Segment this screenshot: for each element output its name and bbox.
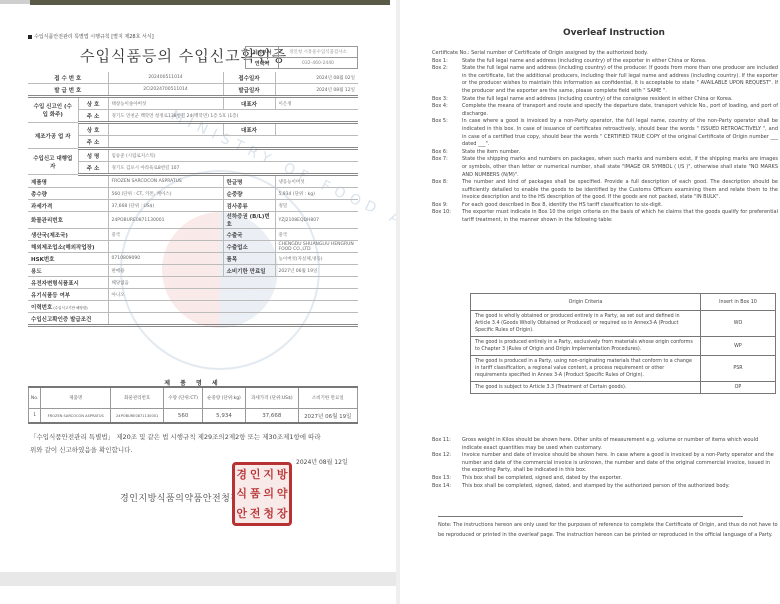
detail-label: 순중량 [223,188,275,200]
instruction-text: Invoice number and date of invoice shoul… [462,452,778,475]
detail-row: 유기식품등 여부아니오 [28,289,358,301]
origin-criteria-text: The good is produced in a Party, using n… [471,356,701,382]
detail-value: 560 (단위 : CT, 카톤, 케이스) [108,188,223,200]
instruction-text: Complete the means of transport and rout… [462,103,778,118]
form-reference: 수입식품안전관리 특별법 시행규칙 [별지 제28호 서식] [28,33,154,40]
detail-row: 해외제조업소(해외작업장)수출업소CHENGDU SHUANGLIU HENGR… [28,241,358,253]
items-table: No.제품명화물관리번호수량 (단위:CT)순중량 (단위:kg)과세가격 (단… [28,386,358,424]
instruction-box-label: Box 5: [432,118,462,148]
instruction-item: Box 4:Complete the means of transport an… [432,103,778,118]
detail-label: 제품명 [28,175,108,188]
seal-character: 식 [236,488,247,499]
instruction-item: Box 12:Invoice number and date of invoic… [432,452,778,475]
instruction-item: Box 10:The exporter must indicate in Box… [432,209,778,224]
seal-character: 품 [250,488,261,499]
instruction-box-label: Box 9: [432,202,462,210]
instruction-item: Box 9:For each good described in Box 8, … [432,202,778,210]
items-header: 수량 (단위:CT) [164,387,203,409]
detail-row: 이력번호 (수입식고기만 해당함) [28,301,358,313]
items-header: 소비기한 만료일 [298,387,357,409]
seal-character: 장 [277,508,288,519]
separator-line [438,516,743,517]
item-cell: 5,934 [202,409,245,424]
instruction-item: Box 7:State the shipping marks and numbe… [432,156,778,179]
detail-value: 37,668 (단위 : US$) [108,200,223,212]
instruction-item: Box 2:State the full legal name and addr… [432,65,778,95]
detail-label: 한글명 [223,175,275,188]
detail-value: 냉동능이버섯 [275,175,358,188]
seal-character: 의 [263,488,274,499]
item-cell: FROZEN SARCOCON ASPRATUS [41,409,111,424]
issuer-name: 경인지방식품의약품안전청장 [120,491,240,504]
issue-row: 발 급 번 호 2CI2024700511014 발급일자 2024년 08월 … [28,84,358,97]
instruction-text: This box shall be completed, signed, dat… [462,483,778,491]
items-header: 화물관리번호 [111,387,164,409]
items-header: 순중량 (단위:kg) [202,387,245,409]
detail-value: 아니오 [108,289,358,301]
detail-row: 과세가격37,668 (단위 : US$)검사종류정밀 [28,200,358,212]
instruction-item: Box 14:This box shall be completed, sign… [432,483,778,491]
instruction-item: Box 11:Gross weight in Kilos should be s… [432,437,778,452]
importer-address-row: 주 소 경기도 연천군 백학면 청정로138번길 24(백학면) 1층 5호 (… [28,110,358,123]
item-cell: 37,668 [246,409,298,424]
processing-dept-table: 처리부서경인청 시흥물수입식품검사소 연락처032-460-2440 [245,46,358,69]
instruction-item: Box 6:State the item number. [432,149,778,157]
agent-name-row: 수입신고 대행업자 성 명 임승준 (시립로지스틱) [28,149,358,162]
detail-label: 소비기한 만료일 [223,265,275,277]
instruction-item: Box 1:State the full legal name and addr… [432,58,778,66]
detail-row: 유전자변형식품표시해당없음 [28,277,358,289]
origin-criteria-code: OP [701,382,776,394]
instruction-text: The exporter must indicate in Box 10 the… [462,209,778,224]
detail-label: 수입신고확인증 발급조건 [28,313,108,326]
origin-criteria-row: The good is subject to Article 3.3 (Trea… [471,382,776,394]
detail-value: 5,934 (단위 : kg) [275,188,358,200]
instruction-item: Box 3:State the full legal name and addr… [432,96,778,104]
instruction-text: State the item number. [462,149,778,157]
detail-value: 24POBURE0871130001 [108,212,223,229]
detail-value: 정밀 [275,200,358,212]
seal-character: 지 [263,469,274,480]
detail-label: 수출업소 [223,241,275,253]
detail-row: 생산국(제조국)중국수출국중국 [28,229,358,241]
detail-sublabel: (수입식고기만 해당함) [52,306,87,310]
detail-label: 유전자변형식품표시 [28,277,108,289]
detail-label: 화물관리번호 [28,212,108,229]
square-bullet-icon [28,35,32,39]
manufacturer-address-row: 주 소 [28,136,358,149]
seal-character: 경 [236,469,247,480]
importer-name-row: 수입 신고인 (수입 화주) 상 호 태창농이솔아버섯 대표자 이은정 [28,97,358,110]
instruction-box-label: Box 8: [432,179,462,202]
detail-row: 총수량560 (단위 : CT, 카톤, 케이스)순중량5,934 (단위 : … [28,188,358,200]
instructions-list: Certificate No.: Serial number of Certif… [432,50,778,225]
instruction-item: Box 5:In case where a good is invoiced b… [432,118,778,148]
origin-criteria-text: The good is wholly obtained or produced … [471,311,701,337]
seal-character: 청 [263,508,274,519]
instruction-text: State the full legal name and address (i… [462,58,778,66]
instruction-box-label: Box 14: [432,483,462,491]
detail-label: 해외제조업소(해외작업장) [28,241,108,253]
detail-row: 제품명FROZEN SARCOCON ASPRATUS한글명냉동능이버섯 [28,175,358,188]
origin-criteria-text: The good is subject to Article 3.3 (Trea… [471,382,701,394]
detail-label: 선하증권 (B/L)번호 [223,212,275,229]
instruction-box-label: Box 12: [432,452,462,475]
instruction-text: In case where a good is invoiced by a no… [462,118,778,148]
instruction-item: Box 8:The number and kind of packages sh… [432,179,778,202]
origin-criteria-row: The good is wholly obtained or produced … [471,311,776,337]
instruction-box-label: Box 10: [432,209,462,224]
seal-character: 안 [236,508,247,519]
detail-row: 수입신고확인증 발급조건 [28,313,358,326]
item-cell: 1 [29,409,41,424]
legal-basis-text: 「수입식품안전관리 특별법」 제20조 및 같은 법 시행규칙 제29조의2제2… [30,431,350,457]
origin-criteria-code: PSR [701,356,776,382]
detail-value: 중국 [275,229,358,241]
confirmation-date: 2024년 08월 12일 [296,457,348,466]
detail-label: 수출국 [223,229,275,241]
detail-label: 용도 [28,265,108,277]
seal-character: 전 [250,508,261,519]
agent-address-row: 주 소 경기도 김포시 아라육로8번길 107 [28,162,358,175]
instructions-list-continued: Box 11:Gross weight in Kilos should be s… [432,437,778,490]
detail-row: 용도판매용소비기한 만료일2027년 06월 19일 [28,265,358,277]
instruction-box-label: Box 11: [432,437,462,452]
instruction-box-label: Box 7: [432,156,462,179]
receipt-row: 접 수 번 호 202400511014 접수일자 2024년 08월 02일 [28,72,358,84]
detail-label: 총수량 [28,188,108,200]
instruction-box-label: Box 1: [432,58,462,66]
background-strip [0,0,30,4]
instruction-text: The number and kind of packages shall be… [462,179,778,202]
declaration-table: 접 수 번 호 202400511014 접수일자 2024년 08월 02일 … [28,72,358,327]
instruction-text: This box shall be completed, signed and,… [462,475,778,483]
item-cell: 2027년 06월 19일 [298,409,357,424]
detail-label: 유기식품등 여부 [28,289,108,301]
instruction-text: State the full legal name and address (i… [462,96,778,104]
instruction-box-label: Box 3: [432,96,462,104]
detail-row: 화물관리번호24POBURE0871130001선하증권 (B/L)번호YZJ2… [28,212,358,229]
manufacturer-name-row: 제조가공 업 자 상 호 대표자 [28,123,358,136]
items-header: No. [29,387,41,409]
instruction-item: Box 13:This box shall be completed, sign… [432,475,778,483]
detail-value: CHENGDU SHUANGLIU HENGRUN FOOD CO.,LTD [275,241,358,253]
instruction-box-label: Box 13: [432,475,462,483]
origin-criteria-code: WP [701,337,776,356]
detail-value: FROZEN SARCOCON ASPRATUS [108,175,223,188]
seal-character: 약 [277,488,288,499]
instruction-note: Note: The instructions hereon are only u… [438,520,780,540]
instruction-text: State the shipping marks and numbers on … [462,156,778,179]
certificate-no-instruction: Certificate No.: Serial number of Certif… [432,50,778,58]
detail-value: 2027년 06월 19일 [275,265,358,277]
instruction-box-label: Box 4: [432,103,462,118]
instruction-text: For each good described in Box 8, identi… [462,202,778,210]
detail-label: 품목 [223,253,275,265]
seal-character: 인 [250,469,261,480]
detail-value [108,301,358,313]
origin-criteria-row: The good is produced in a Party, using n… [471,356,776,382]
instruction-box-label: Box 6: [432,149,462,157]
item-cell: 560 [164,409,203,424]
detail-value: 중국 [108,229,223,241]
detail-value: 해당없음 [108,277,358,289]
detail-value: YZJ2108EQDH807 [275,212,358,229]
detail-row: HSK번호0710809090품목농이버섯(자실체,냉동) [28,253,358,265]
official-seal-stamp: 경인지방식품의약안전청장 [232,462,292,526]
overleaf-title: Overleaf Instruction [563,28,665,38]
item-cell: 24POBURE0871130001 [111,409,164,424]
detail-label: HSK번호 [28,253,108,265]
origin-criteria-text: The good is produced entirely in a Party… [471,337,701,356]
instruction-box-label: Box 2: [432,65,462,95]
instruction-text: State the full legal name and address (i… [462,65,778,95]
items-header: 과세가격 (단위:US$) [246,387,298,409]
detail-label: 과세가격 [28,200,108,212]
items-header: 제품명 [41,387,111,409]
detail-label: 이력번호 (수입식고기만 해당함) [28,301,108,313]
detail-value: 0710809090 [108,253,223,265]
origin-criteria-row: The good is produced entirely in a Party… [471,337,776,356]
detail-label: 검사종류 [223,200,275,212]
detail-value [108,241,223,253]
instruction-text: Gross weight in Kilos should be shown he… [462,437,778,452]
origin-criteria-table: Origin Criteria Insert in Box 10 The goo… [470,293,776,394]
origin-criteria-code: WO [701,311,776,337]
detail-value: 판매용 [108,265,223,277]
item-row: 1FROZEN SARCOCON ASPRATUS24POBURE0871130… [29,409,358,424]
seal-character: 방 [277,469,288,480]
detail-value [108,313,358,326]
page-bottom-shadow [0,572,398,586]
detail-value: 농이버섯(자실체,냉동) [275,253,358,265]
detail-label: 생산국(제조국) [28,229,108,241]
